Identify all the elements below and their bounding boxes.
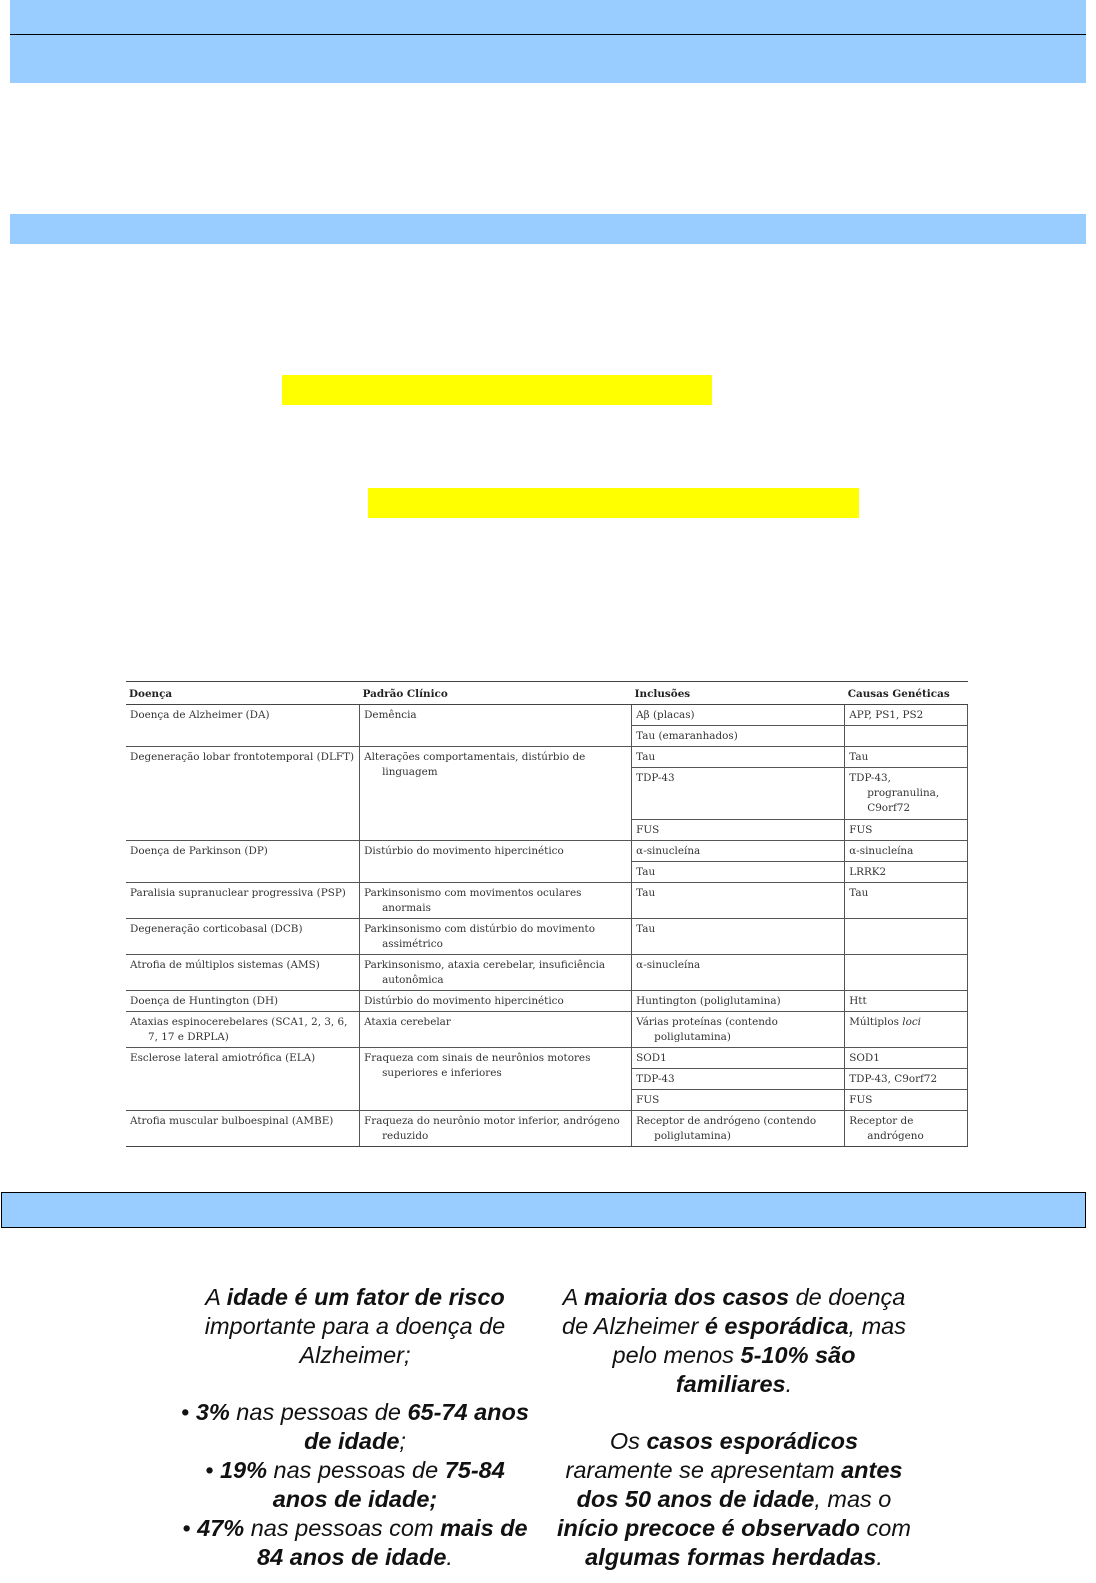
genetic-cause-cell: α-sinucleína — [845, 841, 968, 862]
body-text: . — [446, 1544, 453, 1570]
clinical-pattern-cell: Alterações comportamentais, distúrbio de… — [360, 747, 632, 841]
age-risk-bullets: • 3% nas pessoas de 65-74 anos de idade;… — [180, 1398, 530, 1572]
body-text: , mas o — [814, 1486, 891, 1512]
genetic-cause-cell: TDP-43, progranulina, C9orf72 — [845, 768, 968, 820]
body-text: nas pessoas de — [230, 1399, 408, 1425]
clinical-pattern-cell: Parkinsonismo com distúrbio do movimento… — [360, 919, 632, 955]
body-text: . — [786, 1371, 793, 1397]
inclusion-cell: Tau (emaranhados) — [632, 726, 845, 747]
body-text: nas pessoas de — [267, 1457, 445, 1483]
header-genetic-causes: Causas Genéticas — [845, 682, 968, 705]
body-text: . — [876, 1544, 883, 1570]
highlight-block-2 — [368, 488, 859, 518]
sporadic-familial-column: A maioria dos casos de doença de Alzheim… — [556, 1283, 912, 1572]
age-risk-column: A idade é um fator de risco importante p… — [180, 1283, 530, 1572]
clinical-pattern-cell: Demência — [360, 705, 632, 747]
disease-cell: Atrofia de múltiplos sistemas (AMS) — [126, 955, 360, 991]
inclusion-cell: Tau — [632, 862, 845, 883]
header-clinical-pattern: Padrão Clínico — [360, 682, 632, 705]
body-text: ; — [399, 1428, 406, 1454]
body-text: A — [563, 1284, 584, 1310]
genetic-cause-cell: TDP-43, C9orf72 — [845, 1069, 968, 1090]
body-text: importante para a doença de Alzheimer; — [205, 1313, 506, 1368]
inclusion-cell: Aβ (placas) — [632, 705, 845, 726]
genetic-cause-cell: SOD1 — [845, 1048, 968, 1069]
clinical-pattern-cell: Parkinsonismo, ataxia cerebelar, insufic… — [360, 955, 632, 991]
disease-cell: Doença de Alzheimer (DA) — [126, 705, 360, 747]
body-text: raramente se apresentam — [566, 1457, 842, 1483]
body-text: Os — [610, 1428, 647, 1454]
header-disease: Doença — [126, 682, 360, 705]
emphasis-text: idade é um fator de risco — [227, 1284, 505, 1310]
emphasis-text: 47% — [197, 1515, 244, 1541]
genetic-cause-cell: APP, PS1, PS2 — [845, 705, 968, 726]
genetic-cause-cell: LRRK2 — [845, 862, 968, 883]
clinical-pattern-cell: Distúrbio do movimento hipercinético — [360, 841, 632, 883]
genetic-cause-cell: Tau — [845, 747, 968, 768]
disease-cell: Degeneração corticobasal (DCB) — [126, 919, 360, 955]
table-row: Atrofia de múltiplos sistemas (AMS)Parki… — [126, 955, 968, 991]
emphasis-text: 3% — [196, 1399, 230, 1425]
age-risk-bullet: • 19% nas pessoas de 75-84 anos de idade… — [180, 1456, 530, 1514]
clinical-pattern-cell: Distúrbio do movimento hipercinético — [360, 991, 632, 1012]
header-bar-title — [10, 35, 1086, 83]
genetic-cause-cell — [845, 919, 968, 955]
inclusion-cell: FUS — [632, 820, 845, 841]
inclusion-cell: Receptor de andrógeno (contendo poliglut… — [632, 1111, 845, 1147]
genetic-cause-cell: FUS — [845, 820, 968, 841]
genetic-cause-cell: Tau — [845, 883, 968, 919]
inclusion-cell: Tau — [632, 883, 845, 919]
genetic-cause-cell — [845, 726, 968, 747]
section-bar-1 — [10, 214, 1086, 244]
disease-cell: Atrofia muscular bulboespinal (AMBE) — [126, 1111, 360, 1147]
genetic-cause-cell: FUS — [845, 1090, 968, 1111]
clinical-pattern-cell: Parkinsonismo com movimentos oculares an… — [360, 883, 632, 919]
genetic-cause-cell: Múltiplos loci — [845, 1012, 968, 1048]
age-risk-bullet: • 47% nas pessoas com mais de 84 anos de… — [180, 1514, 530, 1572]
genetic-cause-cell: Receptor de andrógeno — [845, 1111, 968, 1147]
body-text: com — [860, 1515, 911, 1541]
header-bar-top — [10, 0, 1086, 34]
table-row: Doença de Parkinson (DP)Distúrbio do mov… — [126, 841, 968, 862]
inclusion-cell: TDP-43 — [632, 1069, 845, 1090]
age-risk-intro: A idade é um fator de risco importante p… — [180, 1283, 530, 1370]
body-text: • — [205, 1457, 220, 1483]
table-row: Degeneração lobar frontotemporal (DLFT)A… — [126, 747, 968, 768]
table-row: Doença de Huntington (DH)Distúrbio do mo… — [126, 991, 968, 1012]
disease-cell: Paralisia supranuclear progressiva (PSP) — [126, 883, 360, 919]
inclusion-cell: Várias proteínas (contendo poliglutamina… — [632, 1012, 845, 1048]
emphasis-text: é esporádica — [705, 1313, 849, 1339]
neurodegenerative-diseases-table: Doença Padrão Clínico Inclusões Causas G… — [126, 681, 968, 1147]
inclusion-cell: Huntington (poliglutamina) — [632, 991, 845, 1012]
inclusion-cell: TDP-43 — [632, 768, 845, 820]
emphasis-text: casos esporádicos — [646, 1428, 858, 1454]
table-row: Atrofia muscular bulboespinal (AMBE)Fraq… — [126, 1111, 968, 1147]
inclusion-cell: SOD1 — [632, 1048, 845, 1069]
body-text: nas pessoas com — [244, 1515, 440, 1541]
table-row: Ataxias espinocerebelares (SCA1, 2, 3, 6… — [126, 1012, 968, 1048]
emphasis-text: início precoce é observado — [557, 1515, 860, 1541]
disease-cell: Doença de Parkinson (DP) — [126, 841, 360, 883]
inclusion-cell: Tau — [632, 919, 845, 955]
inclusion-cell: FUS — [632, 1090, 845, 1111]
genetic-cause-cell — [845, 955, 968, 991]
table-body: Doença de Alzheimer (DA)DemênciaAβ (plac… — [126, 705, 968, 1147]
clinical-pattern-cell: Fraqueza com sinais de neurônios motores… — [360, 1048, 632, 1111]
table-header-row: Doença Padrão Clínico Inclusões Causas G… — [126, 682, 968, 705]
sporadic-cases-paragraph: A maioria dos casos de doença de Alzheim… — [556, 1283, 912, 1399]
clinical-pattern-cell: Ataxia cerebelar — [360, 1012, 632, 1048]
inclusion-cell: Tau — [632, 747, 845, 768]
highlight-block-1 — [282, 375, 712, 405]
early-onset-paragraph: Os casos esporádicos raramente se aprese… — [556, 1427, 912, 1572]
section-bar-2 — [1, 1192, 1086, 1228]
emphasis-text: 19% — [220, 1457, 267, 1483]
emphasis-text: maioria dos casos — [584, 1284, 789, 1310]
disease-cell: Ataxias espinocerebelares (SCA1, 2, 3, 6… — [126, 1012, 360, 1048]
table-row: Paralisia supranuclear progressiva (PSP)… — [126, 883, 968, 919]
table-row: Degeneração corticobasal (DCB)Parkinsoni… — [126, 919, 968, 955]
table-row: Esclerose lateral amiotrófica (ELA)Fraqu… — [126, 1048, 968, 1069]
inclusion-cell: α-sinucleína — [632, 955, 845, 991]
genetic-cause-cell: Htt — [845, 991, 968, 1012]
inclusion-cell: α-sinucleína — [632, 841, 845, 862]
emphasis-text: algumas formas herdadas — [585, 1544, 876, 1570]
disease-cell: Degeneração lobar frontotemporal (DLFT) — [126, 747, 360, 841]
header-inclusions: Inclusões — [632, 682, 845, 705]
body-text: • — [182, 1515, 197, 1541]
body-text: A — [205, 1284, 226, 1310]
table-row: Doença de Alzheimer (DA)DemênciaAβ (plac… — [126, 705, 968, 726]
body-text: • — [181, 1399, 196, 1425]
age-risk-bullet: • 3% nas pessoas de 65-74 anos de idade; — [180, 1398, 530, 1456]
clinical-pattern-cell: Fraqueza do neurônio motor inferior, and… — [360, 1111, 632, 1147]
disease-cell: Esclerose lateral amiotrófica (ELA) — [126, 1048, 360, 1111]
disease-cell: Doença de Huntington (DH) — [126, 991, 360, 1012]
